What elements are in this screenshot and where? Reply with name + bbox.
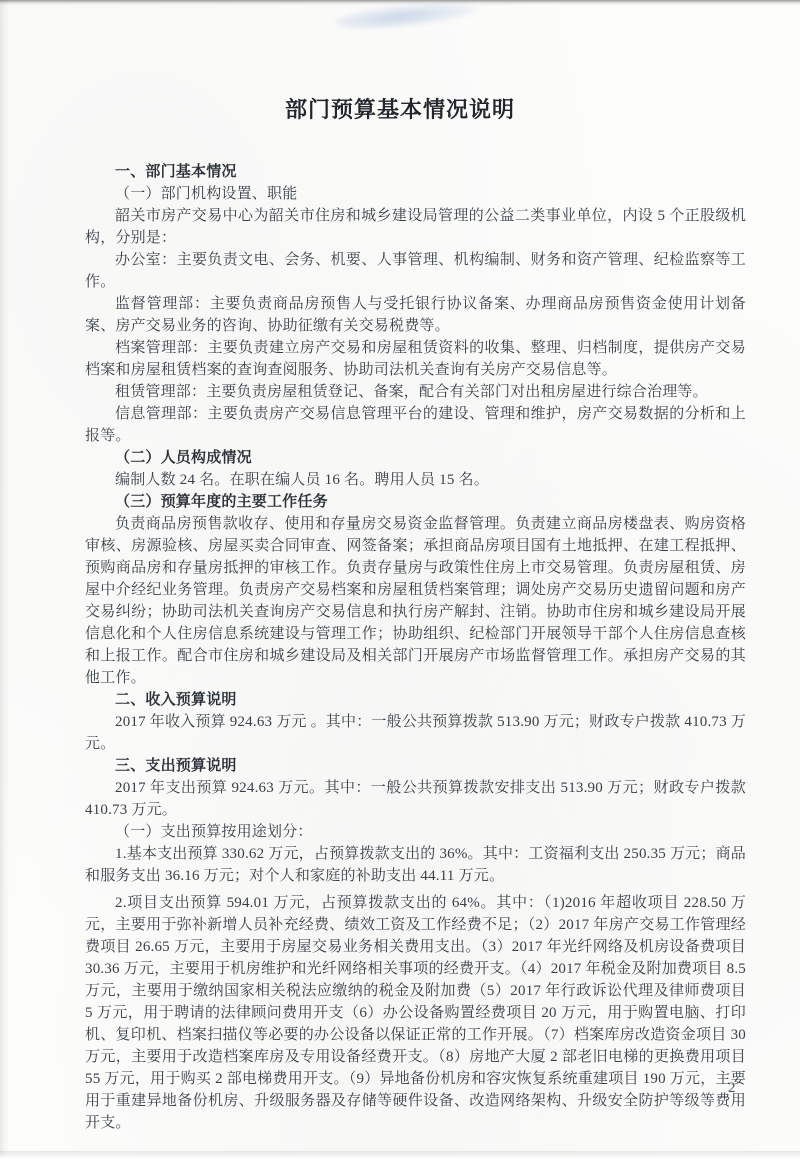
heading-expense-budget: 三、支出预算说明 — [85, 755, 746, 777]
document-title: 部门预算基本情况说明 — [0, 93, 800, 124]
document-body: 一、部门基本情况 （一）部门机构设置、职能 韶关市房产交易中心为韶关市住房和城乡… — [85, 161, 746, 1134]
para-project-expense: 2.项目支出预算 594.01 万元，占预算拨款支出的 64%。其中：（1)20… — [85, 892, 746, 1134]
para-income-budget: 2017 年收入预算 924.63 万元 。其中：一般公共预算拨款 513.90… — [85, 711, 746, 755]
para-personnel-counts: 编制人数 24 名。在职在编人员 16 名。聘用人员 15 名。 — [85, 469, 746, 491]
para-rental-dept: 租赁管理部：主要负责房屋租赁登记、备案，配合有关部门对出租房屋进行综合治理等。 — [85, 381, 746, 403]
page-number: 2 — [728, 1080, 736, 1097]
heading-income-budget: 二、收入预算说明 — [85, 689, 746, 711]
heading-basic-info: 一、部门基本情况 — [85, 161, 746, 183]
para-annual-tasks: 负责商品房预售款收存、使用和存量房交易资金监督管理。负责建立商品房楼盘表、购房资… — [85, 513, 746, 689]
para-supervision-dept: 监督管理部：主要负责商品房预售人与受托银行协议备案、办理商品房预售资金使用计划备… — [85, 293, 746, 337]
heading-annual-tasks: （三）预算年度的主要工作任务 — [85, 491, 746, 513]
para-org-intro: 韶关市房产交易中心为韶关市住房和城乡建设局管理的公益二类事业单位，内设 5 个正… — [85, 205, 746, 249]
para-information-dept: 信息管理部：主要负责房产交易信息管理平台的建设、管理和维护，房产交易数据的分析和… — [85, 403, 746, 447]
para-office-duties: 办公室：主要负责文电、会务、机要、人事管理、机构编制、财务和资产管理、纪检监察等… — [85, 249, 746, 293]
subheading-org-setup: （一）部门机构设置、职能 — [85, 183, 746, 205]
subheading-expense-by-use: （一）支出预算按用途划分： — [85, 821, 746, 843]
scan-left-shadow-artifact — [0, 0, 9, 1165]
scan-bottom-edge-artifact — [0, 1151, 800, 1165]
para-expense-budget: 2017 年支出预算 924.63 万元。其中：一般公共预算拨款安排支出 513… — [85, 777, 746, 821]
para-basic-expense: 1.基本支出预算 330.62 万元，占预算拨款支出的 36%。其中：工资福利支… — [85, 843, 746, 887]
heading-personnel: （二）人员构成情况 — [85, 447, 746, 469]
scanned-document-page: 部门预算基本情况说明 一、部门基本情况 （一）部门机构设置、职能 韶关市房产交易… — [0, 0, 800, 1165]
para-archives-dept: 档案管理部：主要负责建立房产交易和房屋租赁资料的收集、整理、归档制度，提供房产交… — [85, 337, 746, 381]
